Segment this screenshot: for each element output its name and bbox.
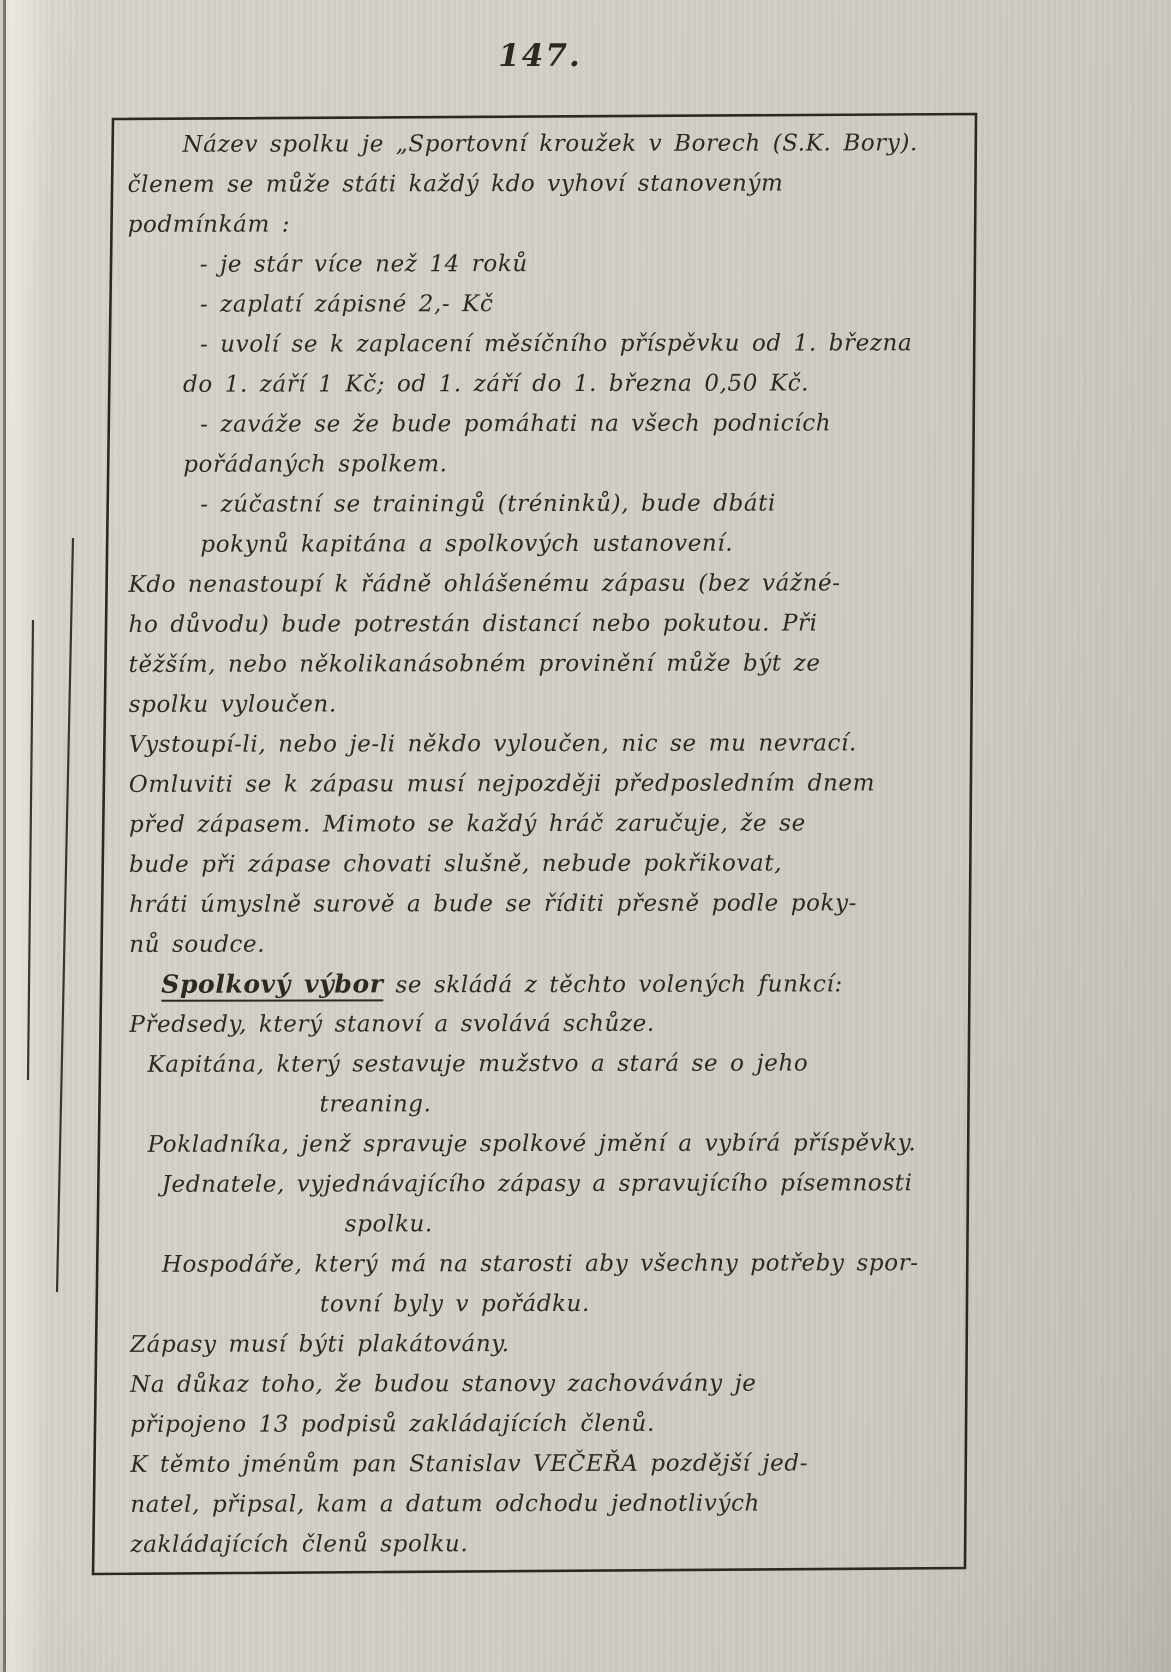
manuscript-line: Kdo nenastoupí k řádně ohlášenému zápasu… — [128, 563, 960, 605]
manuscript-line: spolku. — [130, 1203, 962, 1245]
line-text: těžším, nebo několikanásobném provinění … — [129, 650, 821, 677]
underlined-heading: Spolkový výbor — [161, 969, 383, 1001]
manuscript-line: Omluviti se k zápasu musí nejpozději pře… — [129, 763, 961, 805]
line-text: - zúčastní se trainingů (tréninků), bude… — [200, 491, 776, 518]
margin-mark-line-outer — [28, 620, 33, 1080]
manuscript-line: Zápasy musí býti plakátovány. — [130, 1323, 962, 1365]
manuscript-text-area: Název spolku je „Sportovní kroužek v Bor… — [127, 123, 962, 1565]
manuscript-line: Hospodáře, který má na starosti aby všec… — [130, 1243, 962, 1285]
line-text: spolku. — [345, 1211, 433, 1237]
manuscript-line: bude při zápase chovati slušně, nebude p… — [129, 843, 961, 885]
line-text: treaning. — [320, 1091, 432, 1117]
line-text: - je stár více než 14 roků — [200, 251, 528, 278]
line-text: Vystoupí-li, nebo je-li někdo vyloučen, … — [129, 730, 857, 758]
manuscript-line: ho důvodu) bude potrestán distancí nebo … — [128, 603, 960, 645]
line-text: připojeno 13 podpisů zakládajících členů… — [130, 1411, 655, 1438]
line-text: Předsedy, který stanoví a svolává schůze… — [129, 1011, 654, 1038]
line-text: hráti úmyslně surově a bude se říditi př… — [129, 890, 857, 918]
manuscript-line: Předsedy, který stanoví a svolává schůze… — [129, 1003, 961, 1045]
line-text: - zaváže se že bude pomáhati na všech po… — [200, 410, 831, 437]
manuscript-line: Vystoupí-li, nebo je-li někdo vyloučen, … — [129, 723, 961, 765]
line-text: K těmto jménům pan Stanislav VEČEŘA pozd… — [130, 1450, 808, 1477]
line-text: Kdo nenastoupí k řádně ohlášenému zápasu… — [128, 570, 840, 597]
scanned-manuscript-page: 147. Název spolku je „Sportovní kroužek … — [0, 0, 1171, 1672]
line-text: se skládá z těchto volených funkcí: — [384, 971, 843, 998]
line-text: pokynů kapitána a spolkových ustanovení. — [200, 531, 733, 558]
manuscript-line: připojeno 13 podpisů zakládajících členů… — [130, 1403, 962, 1445]
manuscript-line: Pokladníka, jenž spravuje spolkové jmění… — [130, 1123, 962, 1165]
line-text: členem se může státi každý kdo vyhoví st… — [128, 170, 784, 197]
margin-mark-line-inner — [57, 538, 73, 1292]
line-text: natel, připsal, kam a datum odchodu jedn… — [130, 1491, 760, 1518]
line-text: pořádaných spolkem. — [183, 451, 447, 478]
line-text: před zápasem. Mimoto se každý hráč zaruč… — [129, 810, 806, 837]
manuscript-line: před zápasem. Mimoto se každý hráč zaruč… — [129, 803, 961, 845]
line-text: bude při zápase chovati slušně, nebude p… — [129, 851, 782, 878]
manuscript-line: Na důkaz toho, že budou stanovy zachováv… — [130, 1363, 962, 1405]
manuscript-line: Název spolku je „Sportovní kroužek v Bor… — [127, 123, 959, 165]
manuscript-line: Kapitána, který sestavuje mužstvo a star… — [129, 1043, 961, 1085]
manuscript-line: natel, připsal, kam a datum odchodu jedn… — [130, 1483, 962, 1525]
line-text: Omluviti se k zápasu musí nejpozději pře… — [129, 770, 875, 798]
line-text: Hospodáře, který má na starosti aby všec… — [162, 1250, 919, 1278]
manuscript-line: zakládajících členů spolku. — [130, 1523, 962, 1565]
manuscript-line: spolku vyloučen. — [129, 683, 961, 725]
line-text: ho důvodu) bude potrestán distancí nebo … — [129, 610, 818, 637]
line-text: Název spolku je „Sportovní kroužek v Bor… — [183, 130, 918, 158]
line-text: Pokladníka, jenž spravuje spolkové jmění… — [148, 1130, 917, 1158]
manuscript-line: pokynů kapitána a spolkových ustanovení. — [128, 523, 960, 565]
manuscript-line: tovní byly v pořádku. — [130, 1283, 962, 1325]
line-text: Jednatele, vyjednávajícího zápasy a spra… — [162, 1170, 913, 1198]
page-number: 147. — [470, 38, 610, 74]
line-text: Kapitána, který sestavuje mužstvo a star… — [147, 1050, 808, 1077]
line-text: Na důkaz toho, že budou stanovy zachováv… — [130, 1371, 756, 1398]
line-text: spolku vyloučen. — [129, 691, 337, 717]
line-text: - uvolí se k zaplacení měsíčního příspěv… — [200, 330, 912, 357]
manuscript-line: K těmto jménům pan Stanislav VEČEŘA pozd… — [130, 1443, 962, 1485]
manuscript-line: nů soudce. — [129, 923, 961, 965]
manuscript-line: podmínkám : — [128, 203, 960, 245]
page-edge-fade — [9, 0, 49, 1672]
manuscript-line: členem se může státi každý kdo vyhoví st… — [128, 163, 960, 205]
manuscript-line: do 1. září 1 Kč; od 1. září do 1. března… — [128, 363, 960, 405]
manuscript-line: hráti úmyslně surově a bude se říditi př… — [129, 883, 961, 925]
manuscript-line: těžším, nebo několikanásobném provinění … — [129, 643, 961, 685]
manuscript-line: treaning. — [130, 1083, 962, 1125]
line-text: podmínkám : — [128, 212, 290, 238]
line-text: nů soudce. — [129, 932, 265, 958]
manuscript-line: pořádaných spolkem. — [128, 443, 960, 485]
manuscript-line: - zúčastní se trainingů (tréninků), bude… — [128, 483, 960, 525]
book-page-edge — [0, 0, 9, 1672]
manuscript-line: - uvolí se k zaplacení měsíčního příspěv… — [128, 323, 960, 365]
line-text: Zápasy musí býti plakátovány. — [130, 1331, 510, 1358]
manuscript-line: Spolkový výbor se skládá z těchto volený… — [129, 963, 961, 1005]
manuscript-line: - zaplatí zápisné 2,- Kč — [128, 283, 960, 325]
line-text: - zaplatí zápisné 2,- Kč — [200, 291, 494, 318]
manuscript-line: Jednatele, vyjednávajícího zápasy a spra… — [130, 1163, 962, 1205]
line-text: do 1. září 1 Kč; od 1. září do 1. března… — [183, 370, 809, 397]
line-text: tovní byly v pořádku. — [320, 1291, 590, 1318]
manuscript-line: - je stár více než 14 roků — [128, 243, 960, 285]
manuscript-line: - zaváže se že bude pomáhati na všech po… — [128, 403, 960, 445]
line-text: zakládajících členů spolku. — [130, 1531, 468, 1558]
